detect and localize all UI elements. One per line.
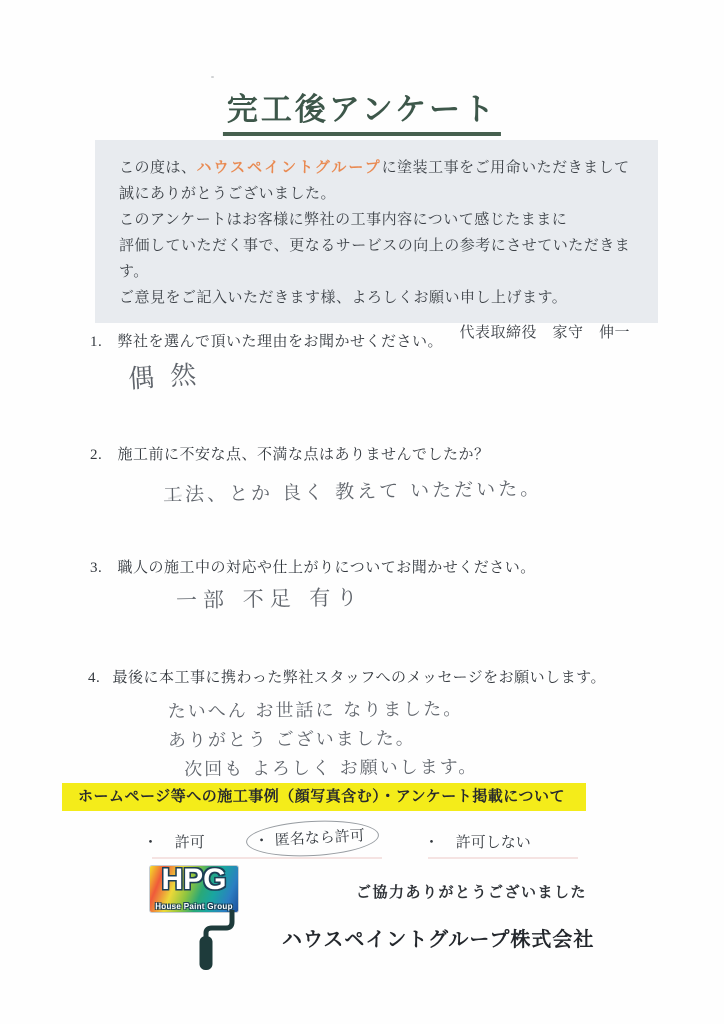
intro-line-1-post: に塗装工事をご用命いただきまして	[382, 160, 630, 176]
handwritten-answer-3: 一部 不足 有り	[176, 581, 364, 614]
company-name: ハウスペイントグループ株式会社	[282, 923, 594, 952]
intro-line-1: この度は、ハウスペイントグループに塗装工事をご用命いただきまして	[119, 155, 632, 181]
intro-line-1-pre: この度は、	[119, 160, 197, 176]
hpg-logo-text: HPG	[150, 863, 238, 897]
option-bullet: ・	[253, 829, 269, 851]
publish-option-anonymous-selected: ・ 匿名なら許可	[245, 818, 379, 860]
scan-artifact-dot	[211, 76, 214, 78]
scan-artifact-line	[428, 857, 578, 859]
option-label-anonymous: 匿名なら許可	[274, 824, 365, 850]
publish-heading-highlight: ホームページ等への施工事例（顔写真含む）・アンケート掲載について	[62, 783, 586, 811]
question-2: 2. 施工前に不安な点、不満な点はありませんでしたか？	[90, 443, 490, 464]
intro-line-3: このアンケートはお客様に弊社の工事内容について感じたままに	[119, 207, 632, 233]
thanks-text: ご協力ありがとうございました	[356, 881, 587, 902]
page-title: 完工後アンケート	[223, 84, 501, 136]
question-4: 4. 最後に本工事に携わった弊社スタッフへのメッセージをお願いします。	[88, 666, 606, 687]
hpg-logo-rect: HPG House Paint Group	[150, 866, 238, 912]
scan-artifact-line	[152, 857, 382, 859]
option-label-permit: 許可	[175, 831, 205, 852]
option-bullet: ・	[143, 831, 158, 852]
question-1-text: 弊社を選んで頂いた理由をお聞かせください。	[118, 330, 444, 351]
handwritten-answer-4: たいへん お世話に なりました。 ありがとう ございました。 次回も よろしく …	[168, 695, 479, 785]
option-bullet: ・	[424, 831, 439, 852]
question-3: 3. 職人の施工中の対応や仕上がりについてお聞かせください。	[90, 556, 536, 577]
intro-line-2: 誠にありがとうございました。	[119, 181, 632, 207]
publish-option-deny: ・ 許可しない	[424, 831, 531, 852]
question-4-number: 4.	[88, 670, 100, 687]
handwritten-answer-1: 偶然	[127, 353, 213, 396]
question-3-number: 3.	[90, 560, 102, 577]
hpg-logo: HPG House Paint Group	[150, 866, 260, 976]
scanned-survey-page: 完工後アンケート この度は、ハウスペイントグループに塗装工事をご用命いただきまし…	[0, 0, 724, 1024]
intro-box: この度は、ハウスペイントグループに塗装工事をご用命いただきまして 誠にありがとう…	[95, 140, 658, 323]
question-1-number: 1.	[90, 334, 102, 351]
question-2-text: 施工前に不安な点、不満な点はありませんでしたか？	[118, 443, 490, 464]
question-4-text: 最後に本工事に携わった弊社スタッフへのメッセージをお願いします。	[113, 666, 606, 687]
handwritten-answer-4-line-1: たいへん お世話に なりました。	[168, 695, 478, 727]
publish-option-permit: ・ 許可	[143, 831, 205, 852]
handwritten-answer-4-line-2: ありがとう ございました。	[168, 724, 478, 756]
option-label-deny: 許可しない	[456, 831, 531, 852]
publish-heading: ホームページ等への施工事例（顔写真含む）・アンケート掲載について	[62, 783, 586, 811]
question-2-number: 2.	[90, 447, 102, 464]
brand-name: ハウスペイントグループ	[197, 160, 382, 176]
handwritten-answer-2: 工法、とか 良く 教えて いただいた。	[163, 474, 543, 508]
handwritten-answer-4-line-3: 次回も よろしく お願いします。	[184, 753, 478, 785]
intro-line-4: 評価していただく事で、更なるサービスの向上の参考にさせていただきます。	[119, 233, 632, 285]
question-3-text: 職人の施工中の対応や仕上がりについてお聞かせください。	[118, 556, 536, 577]
question-1: 1. 弊社を選んで頂いた理由をお聞かせください。	[90, 330, 443, 351]
paint-roller-icon	[150, 910, 260, 976]
intro-line-5: ご意見をご記入いただきます様、よろしくお願い申し上げます。	[119, 285, 632, 311]
